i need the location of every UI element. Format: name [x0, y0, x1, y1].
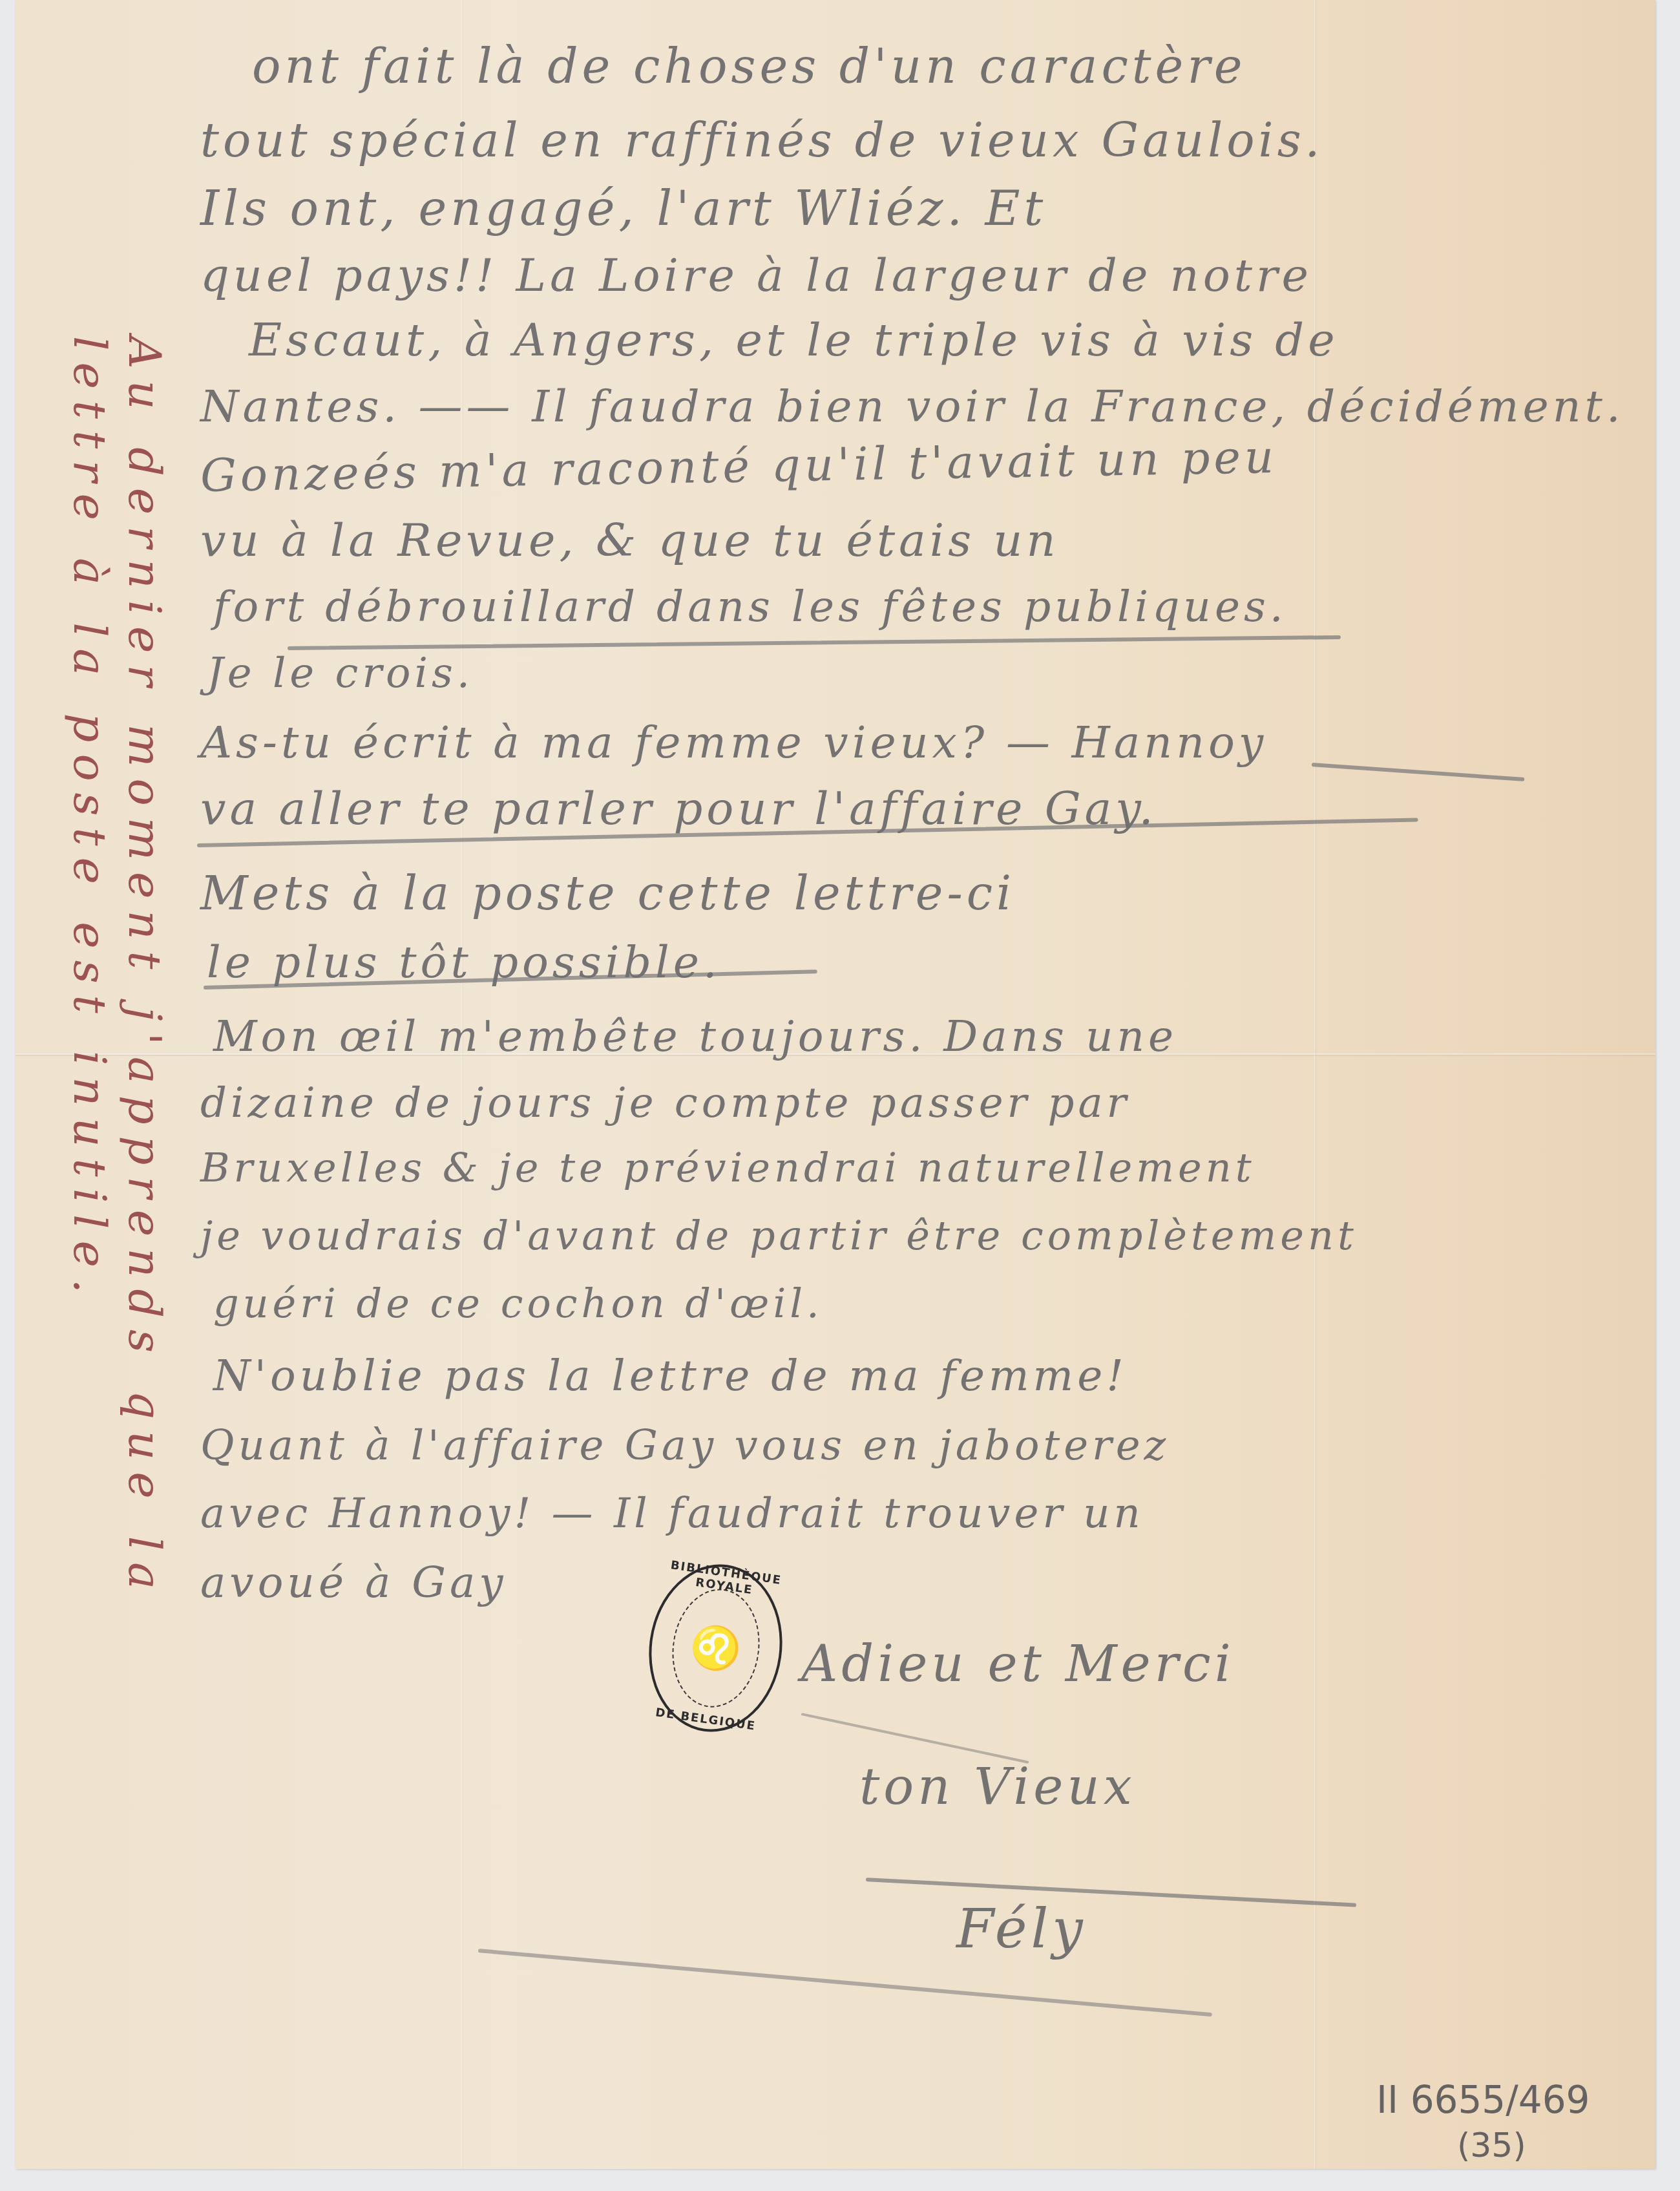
letter-line: Mon œil m'embête toujours. Dans une — [213, 1011, 1177, 1061]
letter-line: avoué à Gay — [200, 1558, 507, 1607]
letter-line: Ils ont, engagé, l'art Wliéz. Et — [200, 181, 1047, 237]
lion-emblem-icon: ♌ — [664, 1583, 766, 1713]
letter-line: Nantes. —— Il faudra bien voir la France… — [200, 381, 1624, 432]
letter-line: Mets à la poste cette lettre-ci — [200, 866, 1015, 920]
margin-note-line: Au dernier moment j'apprends que la — [118, 336, 171, 1601]
letter-line: Je le crois. — [207, 650, 474, 697]
letter-line: Quant à l'affaire Gay vous en jaboterez — [200, 1422, 1170, 1470]
folio-number: (35) — [1457, 2126, 1526, 2165]
letter-line: As-tu écrit à ma femme vieux? — Hannoy — [200, 717, 1267, 768]
letter-line: guéri de ce cochon d'œil. — [213, 1280, 823, 1327]
letter-line: tout spécial en raffinés de vieux Gauloi… — [200, 113, 1323, 167]
letter-line: dizaine de jours je compte passer par — [200, 1079, 1130, 1127]
margin-note-line: lettre à la poste est inutile. — [63, 336, 116, 1305]
letter-line: Escaut, à Angers, et le triple vis à vis… — [249, 313, 1339, 366]
closing-line: Adieu et Merci — [801, 1635, 1235, 1693]
letter-line: Bruxelles & je te préviendrai naturellem… — [200, 1144, 1255, 1191]
letter-line: fort débrouillard dans les fêtes publiqu… — [213, 582, 1287, 631]
signature: Fély — [956, 1897, 1087, 1960]
letter-line: je voudrais d'avant de partir être compl… — [200, 1212, 1358, 1259]
letter-line: avec Hannoy! — Il faudrait trouver un — [200, 1490, 1144, 1538]
shelfmark: II 6655/469 — [1376, 2078, 1590, 2122]
closing-line: ton Vieux — [859, 1758, 1136, 1816]
letter-line: ont fait là de choses d'un caractère — [252, 39, 1246, 94]
letter-line: vu à la Revue, & que tu étais un — [200, 514, 1060, 567]
letter-line: N'oublie pas la lettre de ma femme! — [213, 1351, 1128, 1401]
letter-line: quel pays!! La Loire à la largeur de not… — [200, 249, 1312, 302]
